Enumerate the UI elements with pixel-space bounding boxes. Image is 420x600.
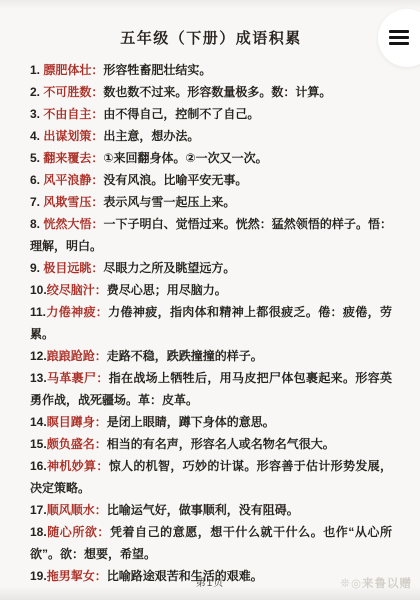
- item-idiom: 不由自主：: [43, 107, 103, 121]
- idiom-list-item: 17.顺风顺水：比喻运气好，做事顺利，没有阻碍。: [30, 499, 392, 521]
- idiom-list-item: 6. 风平浪静：没有风浪。比喻平安无事。: [30, 169, 392, 191]
- idiom-list-item: 11.力倦神疲：力倦神疲，指肉体和精神上都很疲乏。倦：疲倦，劳累。: [30, 301, 392, 345]
- item-idiom: 风平浪静：: [43, 173, 103, 187]
- idiom-list-item: 12.踉踉跄跄：走路不稳，跌跌撞撞的样子。: [30, 345, 392, 367]
- idiom-list-item: 8. 恍然大悟：一下子明白、觉悟过来。恍然：猛然领悟的样子。悟：理解，明白。: [30, 213, 392, 257]
- idiom-list-item: 2. 不可胜数：数也数不过来。形容数量极多。数：计算。: [30, 81, 392, 103]
- item-idiom: 力倦神疲：: [46, 305, 108, 319]
- item-number: 12.: [30, 349, 47, 363]
- item-explanation: 走路不稳，跌跌撞撞的样子。: [107, 349, 263, 363]
- item-number: 17.: [30, 503, 47, 517]
- item-idiom: 极目远眺：: [43, 261, 103, 275]
- item-explanation: 出主意，想办法。: [103, 129, 199, 143]
- idiom-list-item: 1. 膘肥体壮：形容牲畜肥壮结实。: [30, 59, 392, 81]
- watermark: ❊◎来鲁以赠: [340, 575, 412, 591]
- item-number: 13.: [30, 371, 47, 385]
- item-explanation: 表示风与雪一起压上来。: [103, 195, 235, 209]
- item-number: 1.: [30, 63, 43, 77]
- item-explanation: 形容牲畜肥壮结实。: [103, 63, 211, 77]
- item-explanation: 没有风浪。比喻平安无事。: [103, 173, 247, 187]
- idiom-list-item: 3. 不由自主：由不得自己，控制不了自己。: [30, 103, 392, 125]
- item-number: 9.: [30, 261, 43, 275]
- item-number: 4.: [30, 129, 43, 143]
- item-number: 11.: [30, 305, 46, 319]
- item-idiom: 风欺雪压：: [43, 195, 103, 209]
- item-number: 16.: [30, 459, 47, 473]
- item-number: 5.: [30, 151, 43, 165]
- item-idiom: 恍然大悟：: [43, 217, 103, 231]
- idiom-list-item: 7. 风欺雪压：表示风与雪一起压上来。: [30, 191, 392, 213]
- idiom-list-item: 4. 出谋划策：出主意，想办法。: [30, 125, 392, 147]
- idiom-list-item: 14.瞑目蹲身：是闭上眼睛，蹲下身体的意思。: [30, 411, 392, 433]
- item-idiom: 踉踉跄跄：: [47, 349, 107, 363]
- item-idiom: 不可胜数：: [43, 85, 103, 99]
- idiom-list-item: 16.神机妙算：惊人的机智，巧妙的计谋。形容善于估计形势发展，决定策略。: [30, 455, 392, 499]
- item-number: 15.: [30, 437, 47, 451]
- item-idiom: 瞑目蹲身：: [47, 415, 107, 429]
- item-explanation: 费尽心思；用尽脑力。: [107, 283, 227, 297]
- page-title: 五年级（下册）成语积累: [30, 27, 392, 48]
- document-page: 五年级（下册）成语积累 1. 膘肥体壮：形容牲畜肥壮结实。 2. 不可胜数：数也…: [0, 0, 420, 600]
- item-idiom: 马革裹尸：: [47, 371, 109, 385]
- item-idiom: 膘肥体壮：: [43, 63, 103, 77]
- idiom-list-item: 10.绞尽脑汁：费尽心思；用尽脑力。: [30, 279, 392, 301]
- item-explanation: 相当的有名声，形容名人或名物名气很大。: [107, 437, 335, 451]
- idiom-list-item: 15.颇负盛名：相当的有名声，形容名人或名物名气很大。: [30, 433, 392, 455]
- item-number: 14.: [30, 415, 47, 429]
- item-explanation: 由不得自己，控制不了自己。: [103, 107, 259, 121]
- hamburger-menu-icon: [389, 30, 409, 46]
- idiom-list: 1. 膘肥体壮：形容牲畜肥壮结实。 2. 不可胜数：数也数不过来。形容数量极多。…: [30, 59, 392, 587]
- item-number: 2.: [30, 85, 43, 99]
- item-number: 3.: [30, 107, 43, 121]
- item-number: 10.: [30, 283, 47, 297]
- item-idiom: 翻来覆去：: [43, 151, 103, 165]
- item-number: 18.: [30, 525, 47, 539]
- item-explanation: 比喻运气好，做事顺利，没有阻碍。: [107, 503, 299, 517]
- idiom-list-item: 9. 极目远眺：尽眼力之所及眺望远方。: [30, 257, 392, 279]
- item-idiom: 随心所欲：: [47, 525, 110, 539]
- idiom-list-item: 18.随心所欲：凭着自己的意愿，想干什么就干什么。也作“从心所欲”。欲：想要，希…: [30, 521, 392, 565]
- idiom-list-item: 13.马革裹尸：指在战场上牺牲后，用马皮把尸体包裹起来。形容英勇作战，战死疆场。…: [30, 367, 392, 411]
- item-idiom: 顺风顺水：: [47, 503, 107, 517]
- item-number: 6.: [30, 173, 43, 187]
- idiom-list-item: 5. 翻来覆去：①来回翻身体。②一次又一次。: [30, 147, 392, 169]
- item-explanation: 是闭上眼睛，蹲下身体的意思。: [107, 415, 275, 429]
- item-explanation: ①来回翻身体。②一次又一次。: [103, 151, 267, 165]
- item-explanation: 尽眼力之所及眺望远方。: [103, 261, 235, 275]
- item-explanation: 数也数不过来。形容数量极多。数：计算。: [103, 85, 331, 99]
- item-idiom: 神机妙算：: [47, 459, 109, 473]
- item-number: 7.: [30, 195, 43, 209]
- item-number: 8.: [30, 217, 43, 231]
- item-idiom: 颇负盛名：: [47, 437, 107, 451]
- item-idiom: 绞尽脑汁：: [47, 283, 107, 297]
- item-idiom: 出谋划策：: [43, 129, 103, 143]
